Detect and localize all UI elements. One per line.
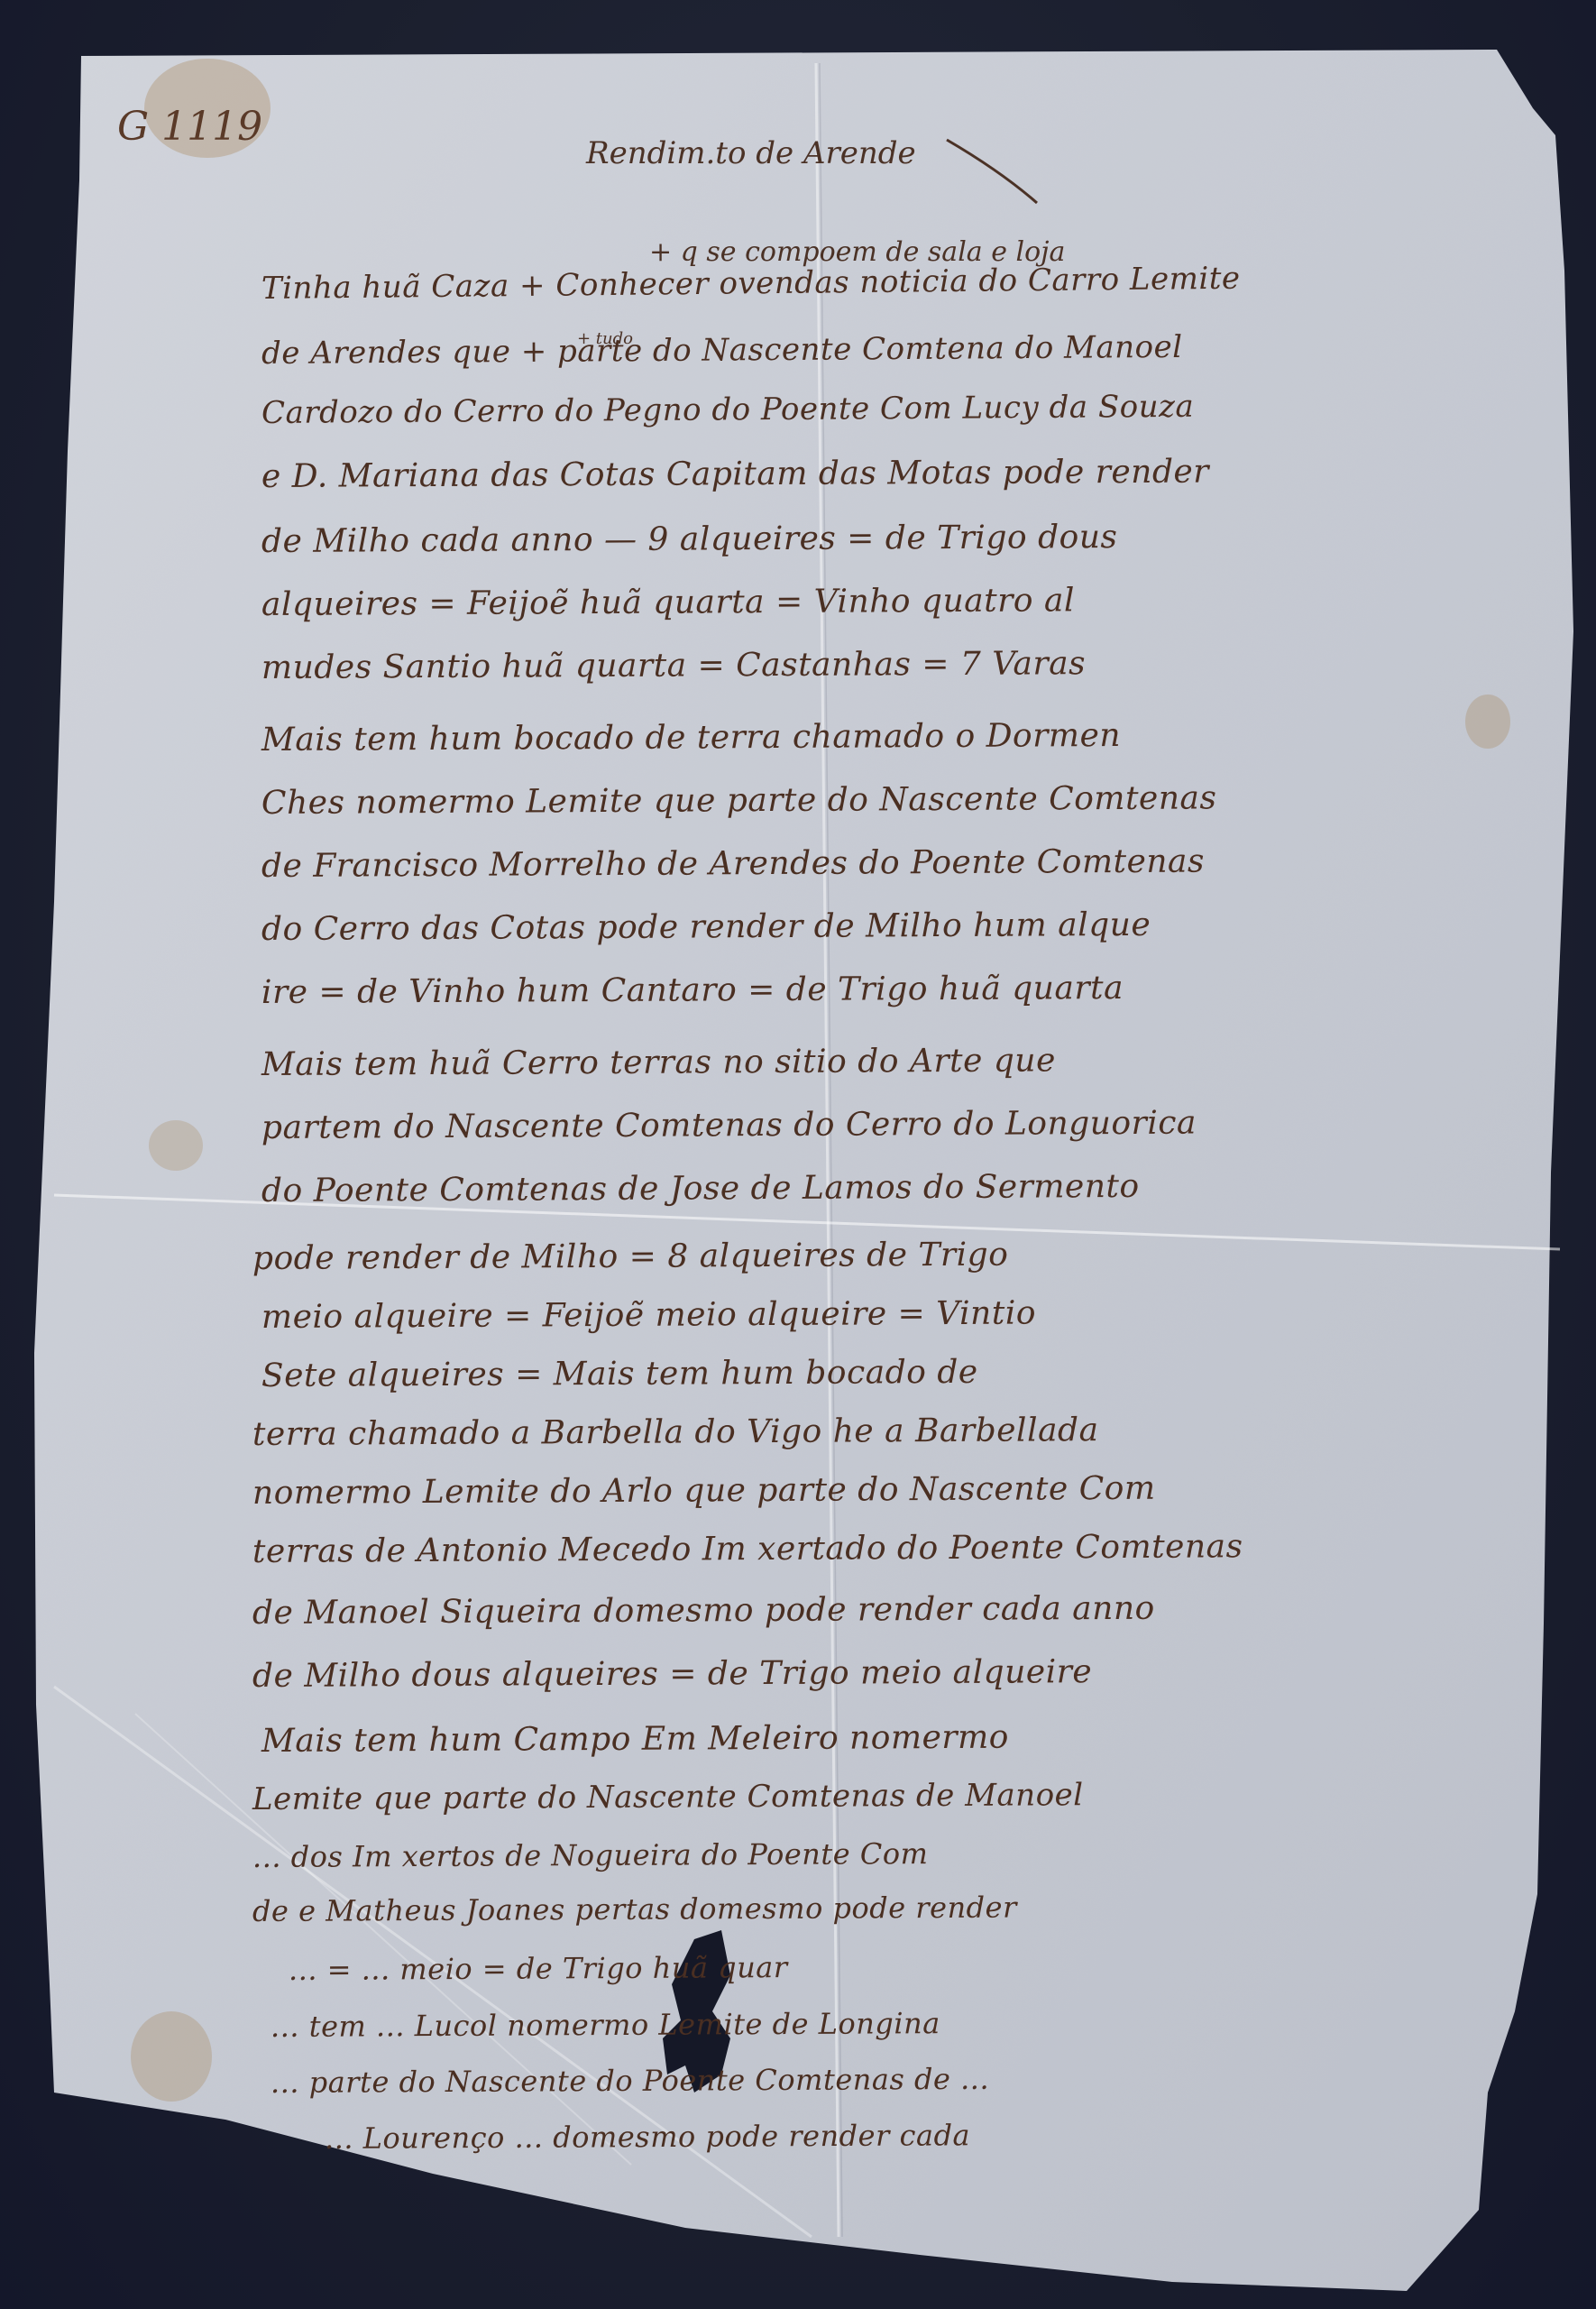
manuscript-line: Mais tem hum bocado de terra chamado o D… — [261, 717, 1121, 759]
manuscript-line: mudes Santio huã quarta = Castanhas = 7 … — [261, 645, 1086, 686]
margin-note: G 1119 — [117, 104, 262, 150]
manuscript-line: do Poente Comtenas de Jose de Lamos do S… — [261, 1168, 1140, 1210]
manuscript-line: Mais tem huã Cerro terras no sitio do Ar… — [261, 1042, 1056, 1083]
manuscript-line: de Milho dous alqueires = de Trigo meio … — [252, 1653, 1092, 1695]
manuscript-line: alqueires = Feijoẽ huã quarta = Vinho qu… — [261, 582, 1075, 623]
document-heading: Rendim.to de Arende — [586, 135, 916, 171]
manuscript-line: e D. Mariana das Cotas Capitam das Motas… — [261, 453, 1209, 495]
manuscript-line: Lemite que parte do Nascente Comtenas de… — [252, 1777, 1084, 1817]
manuscript-line: do Cerro das Cotas pode render de Milho … — [261, 906, 1151, 948]
manuscript-line: Cardozo do Cerro do Pegno do Poente Com … — [261, 389, 1195, 431]
manuscript-line: de Milho cada anno — 9 alqueires = de Tr… — [261, 519, 1118, 560]
manuscript-line: ... tem ... Lucol nomermo Lemite de Long… — [271, 2006, 940, 2044]
manuscript-line: nomermo Lemite do Arlo que parte do Nasc… — [252, 1470, 1156, 1512]
manuscript-sheet: G 1119 Rendim.to de Arende + q se compoe… — [0, 0, 1596, 2309]
manuscript-line: terra chamado a Barbella do Vigo he a Ba… — [252, 1412, 1099, 1453]
manuscript-line: meio alqueire = Feijoẽ meio alqueire = V… — [261, 1295, 1036, 1336]
manuscript-line: Sete alqueires = Mais tem hum bocado de — [261, 1354, 978, 1394]
manuscript-line: Mais tem hum Campo Em Meleiro nomermo — [261, 1719, 1009, 1760]
manuscript-line: ... Lourenço ... domesmo pode render cad… — [325, 2118, 970, 2156]
manuscript-line: de Arendes que + parte do Nascente Comte… — [261, 329, 1183, 372]
manuscript-line: ... dos Im xertos de Nogueira do Poente … — [252, 1836, 929, 1874]
manuscript-line: ire = de Vinho hum Cantaro = de Trigo hu… — [261, 970, 1124, 1011]
manuscript-line: pode render de Milho = 8 alqueires de Tr… — [252, 1237, 1009, 1277]
manuscript-line: de Manoel Siqueira domesmo pode render c… — [252, 1590, 1155, 1632]
manuscript-line: de e Matheus Joanes pertas domesmo pode … — [252, 1890, 1017, 1928]
manuscript-line: de Francisco Morrelho de Arendes do Poen… — [261, 843, 1205, 885]
manuscript-line: ... parte do Nascente do Poente Comtenas… — [271, 2062, 989, 2100]
manuscript-line: Ches nomermo Lemite que parte do Nascent… — [261, 779, 1217, 822]
manuscript-line: partem do Nascente Comtenas do Cerro do … — [261, 1105, 1197, 1146]
manuscript-line: ... = ... meio = de Trigo huã quar — [289, 1950, 788, 1987]
manuscript-line: terras de Antonio Mecedo Im xertado do P… — [252, 1528, 1243, 1570]
